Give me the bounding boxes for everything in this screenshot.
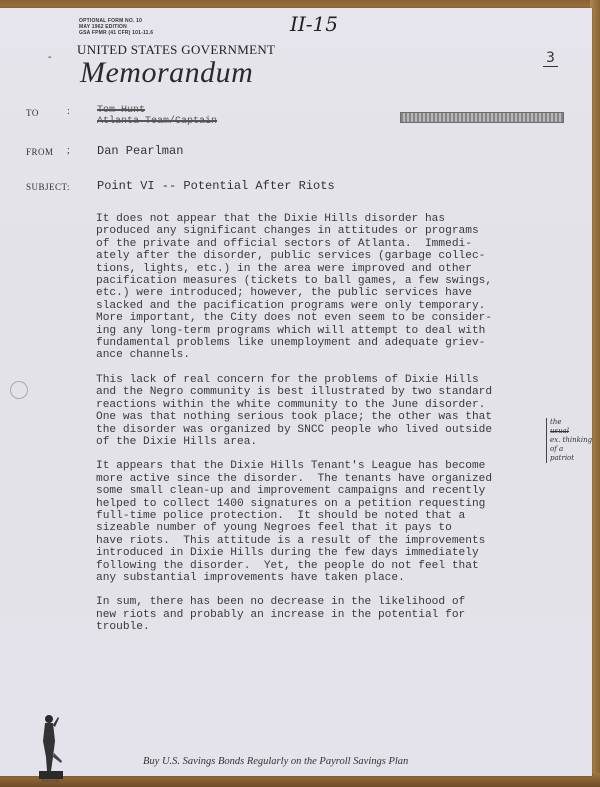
form-identifier: OPTIONAL FORM NO. 10 MAY 1962 EDITION GS… (79, 18, 153, 36)
body-paragraph: It appears that the Dixie Hills Tenant's… (96, 460, 556, 584)
body-paragraph: In sum, there has been no decrease in th… (96, 596, 556, 633)
from-colon: ; (67, 145, 70, 156)
memo-page: OPTIONAL FORM NO. 10 MAY 1962 EDITION GS… (0, 8, 592, 776)
margin-note-line: usual (550, 427, 594, 436)
emblem-code: 5010-108 (42, 778, 59, 783)
to-value-redacted: Tom Hunt (97, 105, 145, 116)
handwritten-margin-note: the usual ex. thinking of a patriot (546, 418, 594, 463)
margin-note-line: the (550, 418, 594, 427)
handwritten-reference: II-15 (290, 12, 338, 36)
margin-note-line: of a (550, 445, 594, 454)
memo-title: Memorandum (80, 56, 253, 90)
form-id-line: GSA FPMR (41 CFR) 101-11.6 (79, 30, 153, 36)
handwritten-page-number: 3 (543, 50, 558, 67)
to-label: TO (26, 108, 39, 118)
minuteman-statue-icon (34, 713, 68, 783)
body-paragraph: It does not appear that the Dixie Hills … (96, 213, 556, 362)
handwritten-mark: - (48, 52, 52, 63)
from-value: Dan Pearlman (97, 144, 183, 158)
memo-body: It does not appear that the Dixie Hills … (96, 213, 556, 646)
from-label: FROM (26, 147, 54, 157)
date-field-redacted (400, 112, 564, 123)
to-value-redacted: Atlanta Team/Captain (97, 116, 217, 127)
footer-slogan: Buy U.S. Savings Bonds Regularly on the … (143, 756, 408, 767)
body-paragraph: This lack of real concern for the proble… (96, 374, 556, 448)
margin-note-line: patriot (550, 454, 594, 463)
subject-label: SUBJECT: (26, 182, 70, 192)
margin-note-line: ex. thinking (550, 436, 594, 445)
binder-hole-mark (10, 381, 28, 399)
subject-value: Point VI -- Potential After Riots (97, 179, 335, 193)
to-colon: : (67, 106, 70, 117)
